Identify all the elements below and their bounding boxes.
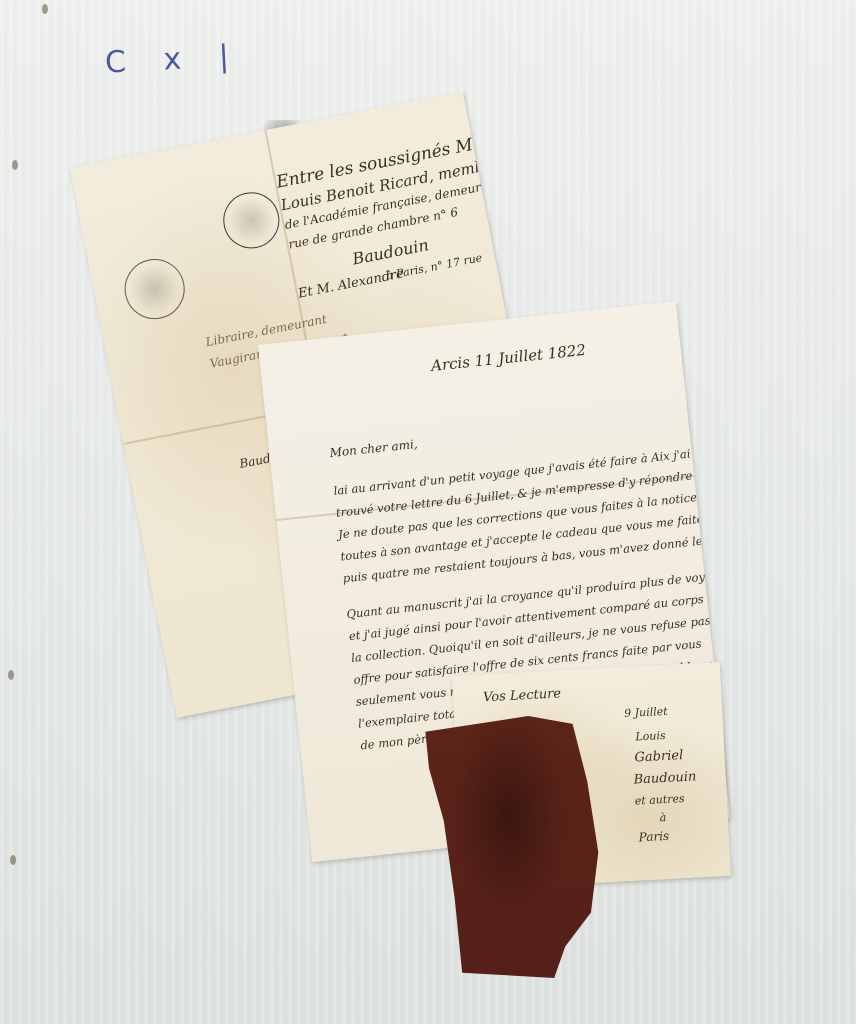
- note-line: Gabriel: [634, 748, 683, 766]
- note-first-line: Vos Lecture: [483, 686, 562, 705]
- note-line: Baudouin: [633, 769, 696, 787]
- nail-mark: [8, 670, 14, 680]
- nail-mark: [10, 855, 16, 865]
- letter-salutation: Mon cher ami,: [329, 437, 418, 460]
- crown-stamp-icon: [218, 188, 284, 254]
- note-line: 9 Juillet: [624, 705, 668, 720]
- note-line: Louis: [635, 729, 666, 744]
- letter-date: Arcis 11 Juillet 1822: [430, 341, 586, 375]
- painted-board: C x | Entre les soussignés M. Louis Beno…: [0, 0, 856, 1024]
- nail-mark: [12, 160, 18, 170]
- note-line: à: [659, 811, 666, 824]
- note-line: Paris: [638, 829, 669, 845]
- pencil-annotation: C x |: [104, 38, 244, 80]
- note-line: et autres: [634, 792, 685, 808]
- nail-mark: [42, 4, 48, 14]
- revenue-stamp-icon: [119, 254, 189, 324]
